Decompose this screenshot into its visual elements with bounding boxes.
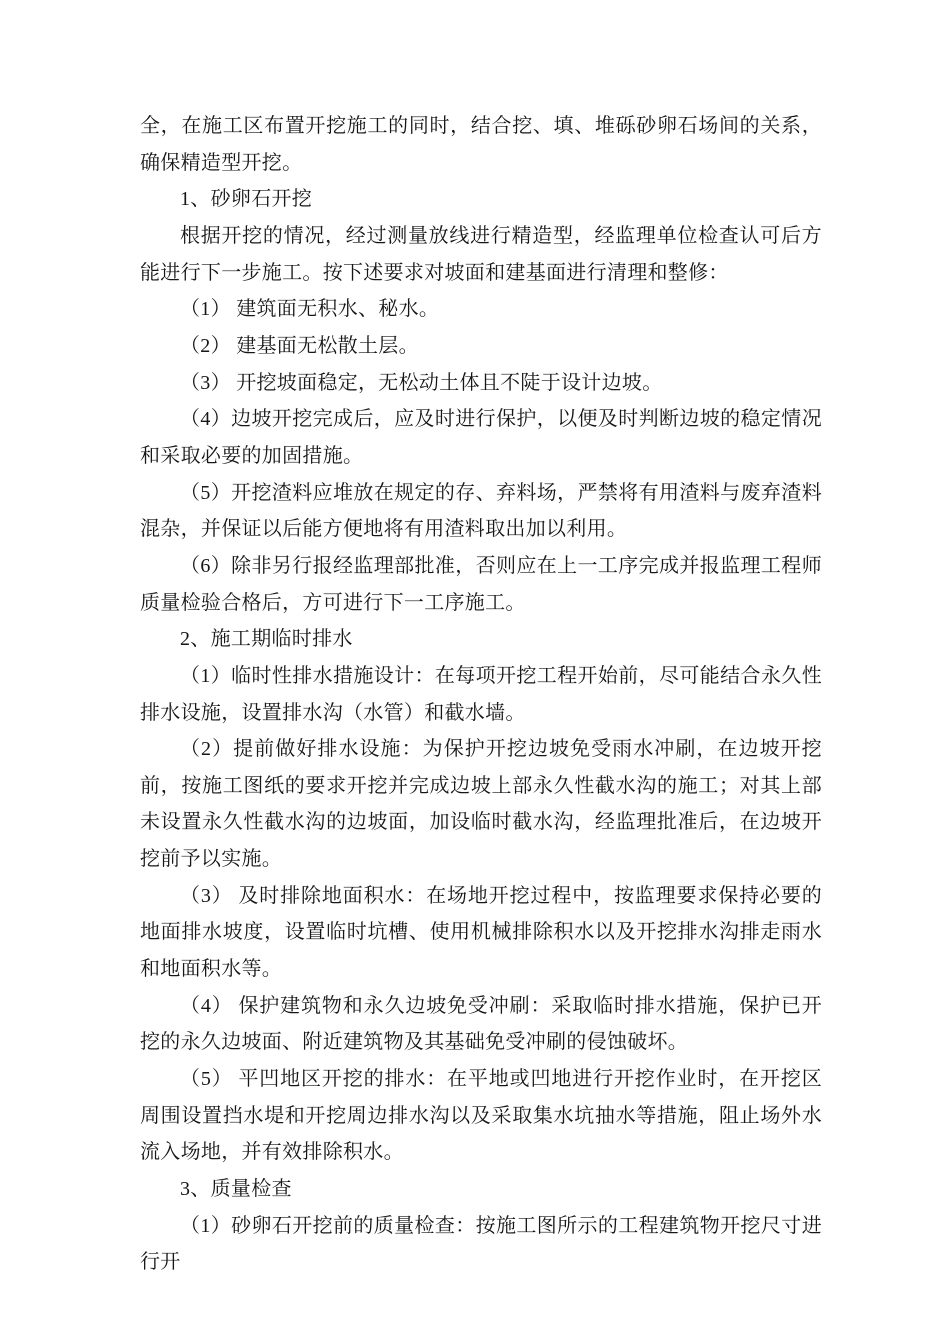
list-item-2-4: （4） 保护建筑物和永久边坡免受冲刷：采取临时排水措施，保护已开挖的永久边坡面、… (140, 988, 822, 1061)
heading-section-3-quality: 3、质量检查 (140, 1171, 822, 1208)
list-item-1-5: （5）开挖渣料应堆放在规定的存、弃料场，严禁将有用渣料与废弃渣料混杂，并保证以后… (140, 475, 822, 548)
list-item-2-2: （2）提前做好排水设施：为保护开挖边坡免受雨水冲刷，在边坡开挖前，按施工图纸的要… (140, 731, 822, 878)
list-item-1-2: （2） 建基面无松散土层。 (140, 328, 822, 365)
list-item-1-4: （4）边坡开挖完成后，应及时进行保护，以便及时判断边坡的稳定情况和采取必要的加固… (140, 401, 822, 474)
heading-section-2-drainage: 2、施工期临时排水 (140, 621, 822, 658)
paragraph-body: 根据开挖的情况，经过测量放线进行精造型，经监理单位检查认可后方能进行下一步施工。… (140, 218, 822, 291)
text-block: 全，在施工区布置开挖施工的同时，结合挖、填、堆砾砂卵石场间的关系，确保精造型开挖… (140, 108, 822, 1281)
list-item-2-5: （5） 平凹地区开挖的排水：在平地或凹地进行开挖作业时，在开挖区周围设置挡水堤和… (140, 1061, 822, 1171)
paragraph-continuation: 全，在施工区布置开挖施工的同时，结合挖、填、堆砾砂卵石场间的关系，确保精造型开挖… (140, 108, 822, 181)
list-item-1-1: （1） 建筑面无积水、秘水。 (140, 291, 822, 328)
list-item-2-3: （3） 及时排除地面积水：在场地开挖过程中，按监理要求保持必要的地面排水坡度，设… (140, 878, 822, 988)
list-item-1-3: （3） 开挖坡面稳定，无松动土体且不陡于设计边坡。 (140, 365, 822, 402)
list-item-3-1: （1）砂卵石开挖前的质量检查：按施工图所示的工程建筑物开挖尺寸进行开 (140, 1208, 822, 1281)
list-item-2-1: （1）临时性排水措施设计：在每项开挖工程开始前，尽可能结合永久性排水设施，设置排… (140, 658, 822, 731)
document-page: 全，在施工区布置开挖施工的同时，结合挖、填、堆砾砂卵石场间的关系，确保精造型开挖… (0, 0, 950, 1344)
heading-section-1-excavation: 1、砂卵石开挖 (140, 181, 822, 218)
list-item-1-6: （6）除非另行报经监理部批准，否则应在上一工序完成并报监理工程师质量检验合格后，… (140, 548, 822, 621)
